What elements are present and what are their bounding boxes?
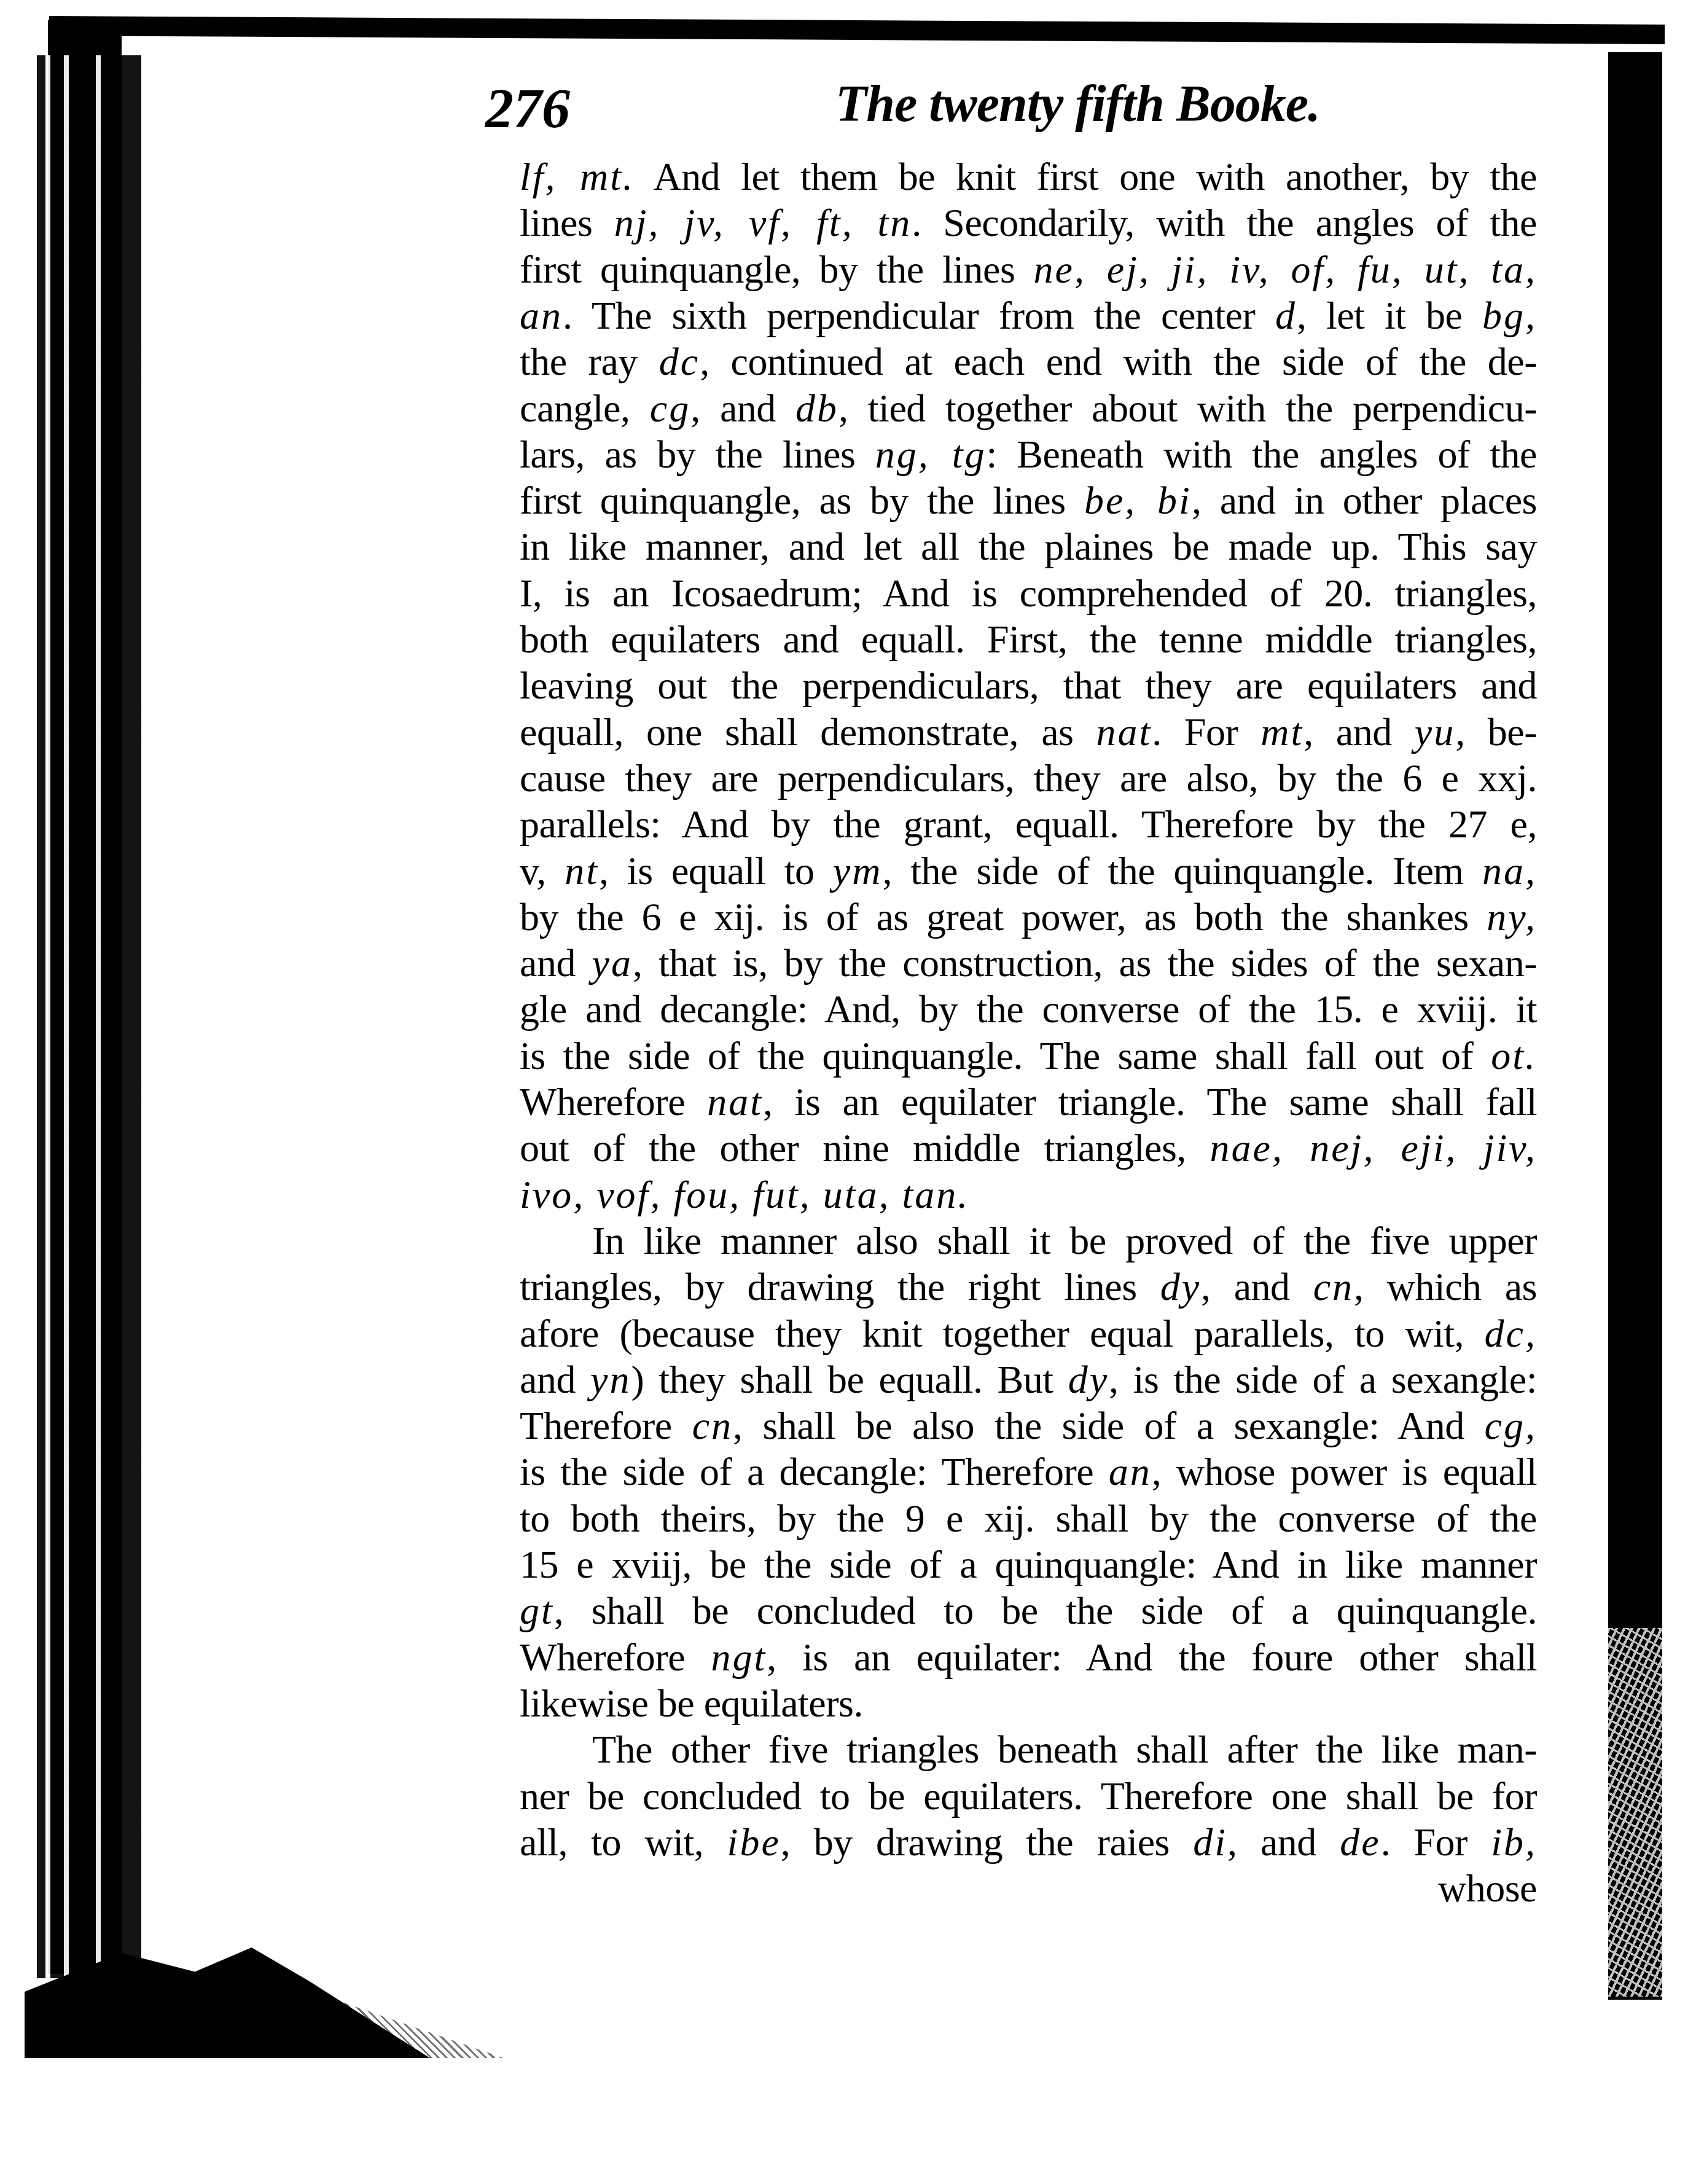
text-run: , and — [1227, 1820, 1340, 1864]
text-run: by the 6 e xij. is of as great power, as… — [520, 895, 1487, 939]
scan-noise-speckle — [344, 2003, 504, 2058]
text-line: triangles, by drawing the right lines dy… — [520, 1264, 1537, 1310]
text-run: In like manner also shall it be proved o… — [592, 1219, 1537, 1262]
text-run: lines — [520, 201, 614, 245]
geometric-label: de — [1340, 1820, 1380, 1864]
text-run: , which as — [1354, 1265, 1537, 1309]
text-run: triangles, by drawing the right lines — [520, 1265, 1160, 1309]
text-line: The other five triangles beneath shall a… — [520, 1726, 1537, 1773]
text-run: v, — [520, 849, 565, 893]
geometric-label: dc, — [1485, 1312, 1537, 1355]
text-line: 15 e xviij, be the side of a quinquangle… — [520, 1541, 1537, 1588]
text-line: parallels: And by the grant, equall. The… — [520, 801, 1537, 848]
text-run: . For — [1381, 1820, 1491, 1864]
text-run: . The sixth perpendicular from the cente… — [563, 294, 1275, 337]
text-run: , whose power is equall — [1152, 1450, 1537, 1493]
text-line: lars, as by the lines ng, tg: Beneath wi… — [520, 431, 1537, 478]
geometric-label: ngt — [711, 1635, 767, 1679]
geometric-label: dc — [659, 340, 700, 383]
text-run: Wherefore — [520, 1080, 707, 1124]
text-run: , shall be also the side of a sexangle: … — [733, 1404, 1485, 1447]
text-run: and — [520, 941, 592, 985]
text-line: and yn) they shall be equall. But dy, is… — [520, 1356, 1537, 1403]
text-run: , continued at each end with the side of… — [700, 340, 1537, 383]
text-line: I, is an Icosaedrum; And is comprehended… — [520, 570, 1537, 617]
text-line: and ya, that is, by the construction, as… — [520, 940, 1537, 987]
text-run: first quinquangle, by the lines — [520, 248, 1034, 291]
text-run: equall, one shall demonstrate, as — [520, 710, 1096, 754]
text-run: , is the side of a sexangle: — [1109, 1358, 1537, 1401]
text-run: , and — [1201, 1265, 1313, 1309]
geometric-label: ym — [833, 849, 883, 893]
text-line: an. The sixth perpendicular from the cen… — [520, 292, 1537, 339]
text-line: Wherefore nat, is an equilater triangle.… — [520, 1079, 1537, 1125]
text-run: 15 e xviij, be the side of a quinquangle… — [520, 1543, 1537, 1586]
scanned-book-page: 276 The twenty fifth Booke. lf, mt. And … — [0, 0, 1704, 2184]
text-run: parallels: And by the grant, equall. The… — [520, 802, 1537, 846]
geometric-label: ot. — [1491, 1034, 1537, 1078]
text-line: leaving out the perpendiculars, that the… — [520, 662, 1537, 709]
text-run: , is equall to — [599, 849, 833, 893]
geometric-label: nat — [1096, 710, 1152, 754]
text-run: ner be concluded to be equilaters. There… — [520, 1774, 1537, 1818]
geometric-label: dy — [1068, 1358, 1109, 1401]
geometric-label: yn — [590, 1358, 631, 1401]
text-line: first quinquangle, by the lines ne, ej, … — [520, 246, 1537, 293]
text-line: cangle, cg, and db, tied together about … — [520, 385, 1537, 432]
text-run: , let it be — [1297, 294, 1482, 337]
text-run: . Secondarily, with the angles of the — [912, 201, 1537, 245]
geometric-label: nat — [707, 1080, 763, 1124]
geometric-label: nt — [565, 849, 599, 893]
geometric-label: ny, — [1487, 895, 1537, 939]
page-stack-edge-stripes — [37, 55, 141, 1978]
text-line: cause they are perpendiculars, they are … — [520, 755, 1537, 802]
text-run: . For — [1152, 710, 1260, 754]
text-run: , and — [690, 386, 795, 430]
text-line: whose — [520, 1865, 1537, 1912]
text-run: , the side of the quinquangle. Item — [882, 849, 1482, 893]
text-line: ner be concluded to be equilaters. There… — [520, 1773, 1537, 1820]
text-line: all, to wit, ibe, by drawing the raies d… — [520, 1819, 1537, 1866]
geometric-label: ya — [592, 941, 632, 985]
text-line: Therefore cn, shall be also the side of … — [520, 1403, 1537, 1449]
text-line: equall, one shall demonstrate, as nat. F… — [520, 709, 1537, 756]
text-run: , is an equilater triangle. The same sha… — [763, 1080, 1537, 1124]
text-run: to both theirs, by the 9 e xij. shall by… — [520, 1497, 1537, 1540]
text-run: leaving out the perpendiculars, that the… — [520, 663, 1537, 707]
geometric-label: nj, jv, vf, ft, tn — [614, 201, 912, 245]
geometric-label: lf, mt. — [520, 155, 635, 198]
text-line: out of the other nine middle triangles, … — [520, 1125, 1537, 1172]
text-run: both equilaters and equall. First, the t… — [520, 617, 1537, 661]
geometric-label: be, bi — [1084, 479, 1192, 522]
text-run: : Beneath with the angles of the — [987, 432, 1537, 476]
text-run: , and — [1303, 710, 1415, 754]
text-line: lf, mt. And let them be knit first one w… — [520, 154, 1537, 200]
text-run: And let them be knit first one with anot… — [635, 155, 1537, 198]
text-line: gle and decangle: And, by the converse o… — [520, 986, 1537, 1033]
text-run: , tied together about with the perpendic… — [838, 386, 1537, 430]
geometric-label: na, — [1482, 849, 1537, 893]
geometric-label: bg, — [1482, 294, 1537, 337]
text-run: Wherefore — [520, 1635, 711, 1679]
text-line: in like manner, and let all the plaines … — [520, 523, 1537, 570]
text-line: is the side of a decangle: Therefore an,… — [520, 1449, 1537, 1495]
text-line: the ray dc, continued at each end with t… — [520, 339, 1537, 385]
text-run: ) they shall be equall. But — [631, 1358, 1068, 1401]
text-run: in like manner, and let all the plaines … — [520, 525, 1537, 568]
text-line: v, nt, is equall to ym, the side of the … — [520, 848, 1537, 894]
geometric-label: db — [795, 386, 838, 430]
geometric-label: nae, nej, eji, jiv, — [1210, 1126, 1537, 1170]
text-run: likewise be equilaters. — [520, 1681, 863, 1725]
scan-noise-speckle-right — [1608, 1628, 1662, 1997]
geometric-label: di — [1193, 1820, 1227, 1864]
text-run: is the side of a decangle: Therefore — [520, 1450, 1109, 1493]
text-run: out of the other nine middle triangles, — [520, 1126, 1210, 1170]
text-run: , by drawing the raies — [781, 1820, 1194, 1864]
geometric-label: ibe — [727, 1820, 781, 1864]
text-line: first quinquangle, as by the lines be, b… — [520, 477, 1537, 524]
text-run: and — [520, 1358, 590, 1401]
geometric-label: cg, — [1485, 1404, 1537, 1447]
page-top-shadow-edge — [49, 16, 1665, 44]
text-line: by the 6 e xij. is of as great power, as… — [520, 894, 1537, 941]
text-run: , is an equilater: And the foure other s… — [767, 1635, 1537, 1679]
text-line: to both theirs, by the 9 e xij. shall by… — [520, 1495, 1537, 1542]
geometric-label: ne, ej, ji, iv, of, fu, ut, ta, — [1034, 248, 1537, 291]
geometric-label: cg — [650, 386, 690, 430]
text-run: gle and decangle: And, by the converse o… — [520, 987, 1537, 1031]
text-run: afore (because they knit together equal … — [520, 1312, 1485, 1355]
text-run: , shall be concluded to be the side of a… — [554, 1589, 1537, 1632]
geometric-label: cn — [692, 1404, 733, 1447]
geometric-label: ib, — [1491, 1820, 1537, 1864]
text-run: the ray — [520, 340, 659, 383]
geometric-label: mt — [1260, 710, 1303, 754]
text-line: ivo, vof, fou, fut, uta, tan. — [520, 1172, 1537, 1218]
text-run: , be- — [1455, 710, 1537, 754]
text-run: , that is, by the construction, as the s… — [633, 941, 1537, 985]
text-line: gt, shall be concluded to be the side of… — [520, 1587, 1537, 1634]
text-line: In like manner also shall it be proved o… — [520, 1218, 1537, 1264]
text-run: cangle, — [520, 386, 650, 430]
text-run: is the side of the quinquangle. The same… — [520, 1034, 1491, 1078]
text-run: lars, as by the lines — [520, 432, 875, 476]
text-run: all, to wit, — [520, 1820, 727, 1864]
text-line: is the side of the quinquangle. The same… — [520, 1033, 1537, 1079]
geometric-label: gt — [520, 1589, 554, 1632]
geometric-label: an — [520, 294, 563, 337]
geometric-label: yu — [1415, 710, 1455, 754]
geometric-label: cn — [1313, 1265, 1354, 1309]
text-run: whose — [1438, 1866, 1537, 1910]
text-run: , and in other places — [1192, 479, 1537, 522]
text-run: I, is an Icosaedrum; And is comprehended… — [520, 571, 1537, 615]
geometric-label: d — [1275, 294, 1297, 337]
text-line: lines nj, jv, vf, ft, tn. Secondarily, w… — [520, 200, 1537, 246]
text-line: likewise be equilaters. — [520, 1680, 1537, 1727]
text-line: both equilaters and equall. First, the t… — [520, 616, 1537, 663]
geometric-label: dy — [1160, 1265, 1201, 1309]
text-run: The other five triangles beneath shall a… — [592, 1728, 1537, 1771]
geometric-label: an — [1109, 1450, 1152, 1493]
text-run: cause they are perpendiculars, they are … — [520, 756, 1537, 800]
page-number: 276 — [485, 80, 570, 136]
text-run: first quinquangle, as by the lines — [520, 479, 1084, 522]
text-line: Wherefore ngt, is an equilater: And the … — [520, 1634, 1537, 1681]
running-title: The twenty fifth Booke. — [835, 79, 1320, 130]
geometric-label: ivo, vof, fou, fut, uta, tan. — [520, 1173, 969, 1216]
geometric-label: ng, tg — [875, 432, 987, 476]
text-run: Therefore — [520, 1404, 692, 1447]
text-line: afore (because they knit together equal … — [520, 1310, 1537, 1357]
